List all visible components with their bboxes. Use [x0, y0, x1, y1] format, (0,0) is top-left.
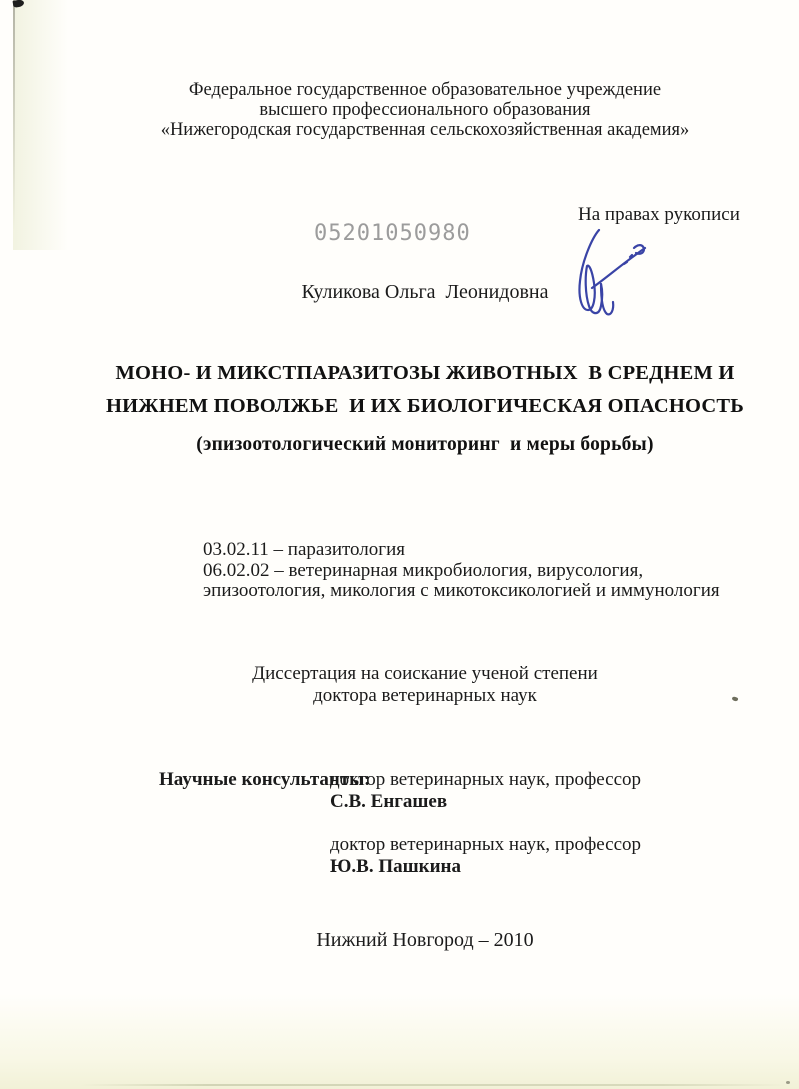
institution-line: высшего профессионального образования	[55, 100, 795, 120]
scan-bottom-edge-line	[80, 1084, 787, 1086]
author-name: Куликова Ольга Леонидовна	[55, 281, 795, 304]
consultant-degree: доктор ветеринарных наук, профессор	[330, 834, 641, 856]
institution-line: «Нижегородская государственная сельскохо…	[55, 120, 795, 140]
consultants-gap	[330, 813, 641, 834]
degree-line: доктора ветеринарных наук	[55, 685, 795, 707]
specialty-line: эпизоотология, микология с микотоксиколо…	[203, 581, 720, 602]
specialty-line: 03.02.11 – паразитология	[203, 540, 720, 561]
scan-bottom-shading	[0, 994, 799, 1089]
consultant-name: С.В. Енгашев	[330, 791, 641, 813]
manuscript-rights-note: На правах рукописи	[578, 204, 740, 226]
dissertation-title-page: Федеральное государственное образователь…	[0, 0, 799, 1089]
institution-line: Федеральное государственное образователь…	[55, 80, 795, 100]
consultant-degree: доктор ветеринарных наук, профессор	[330, 769, 641, 791]
title-subtitle: (эпизоотологический мониторинг и меры бо…	[55, 434, 795, 455]
scan-page-edge	[13, 0, 15, 230]
scan-speck	[786, 1081, 790, 1084]
consultant-name: Ю.В. Пашкина	[330, 856, 641, 878]
specialty-line: 06.02.02 – ветеринарная микробиология, в…	[203, 561, 720, 582]
specialty-codes: 03.02.11 – паразитология 06.02.02 – вете…	[203, 540, 720, 602]
scan-corner-mark	[12, 0, 24, 8]
city-year: Нижний Новгород – 2010	[55, 929, 795, 952]
institution-header: Федеральное государственное образователь…	[55, 80, 795, 140]
registration-number-stamp: 05201050980	[314, 221, 471, 246]
title-line: НИЖНЕМ ПОВОЛЖЬЕ И ИХ БИОЛОГИЧЕСКАЯ ОПАСН…	[55, 390, 795, 423]
consultants-list: доктор ветеринарных наук, профессор С.В.…	[330, 769, 641, 878]
degree-line: Диссертация на соискание ученой степени	[55, 663, 795, 685]
title-line: МОНО- И МИКСТПАРАЗИТОЗЫ ЖИВОТНЫХ В СРЕДН…	[55, 357, 795, 390]
handwritten-signature	[572, 226, 668, 322]
dissertation-title: МОНО- И МИКСТПАРАЗИТОЗЫ ЖИВОТНЫХ В СРЕДН…	[55, 357, 795, 455]
degree-statement: Диссертация на соискание ученой степени …	[55, 663, 795, 707]
